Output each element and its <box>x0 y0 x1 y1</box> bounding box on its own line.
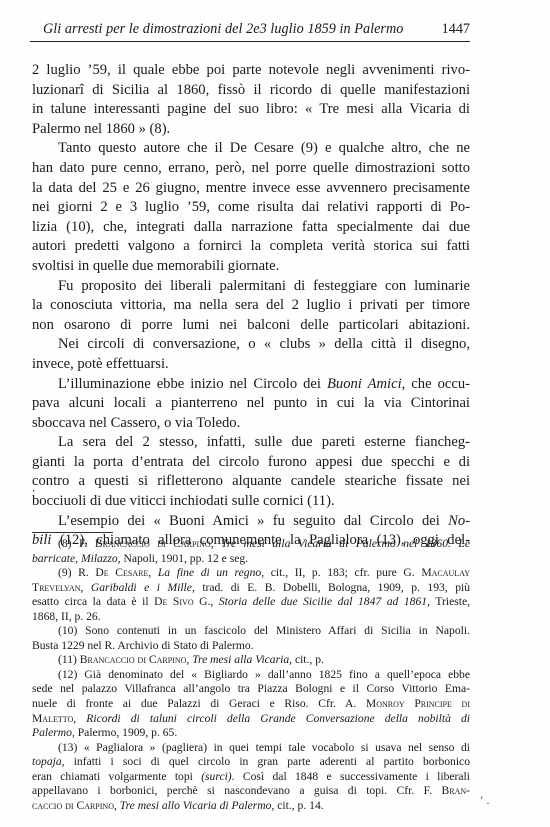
author-name: Trevelyan <box>32 581 81 594</box>
club-name-buoni-amici: Buoni Amici <box>327 376 402 392</box>
term: (surci) <box>201 770 231 783</box>
text-line: sboccava nel Cassero, o via Toledo. <box>32 414 470 434</box>
text-segment: (8) F. <box>58 537 95 550</box>
text-line: Nei circoli di conversazione, o « clubs … <box>32 335 470 355</box>
footnote-12-cont: Maletto, Ricordi di taluni circoli della… <box>32 712 470 727</box>
footnote-separator <box>32 532 113 533</box>
text-segment: , cit., p. <box>289 653 324 666</box>
author-name: Brancaccio di Carpino <box>80 653 187 666</box>
running-head: Gli arresti per le dimostrazioni del 2e3… <box>32 19 470 39</box>
scan-artifact-mark: ’ . <box>480 796 490 807</box>
text-line: luzionarî di Sicilia al 1860, fissò il r… <box>32 81 470 101</box>
scan-artifact-mark: ‘ <box>32 489 35 500</box>
page-number: 1447 <box>442 19 470 39</box>
book-title: Tre mesi allo Vicaria di Palermo <box>120 799 272 812</box>
text-line: 2 luglio ’59, il quale ebbe poi parte no… <box>32 61 470 81</box>
book-title: Storia delle due Sicilie dal 1847 ad 186… <box>219 595 427 608</box>
text-segment: , cit., II, p. 183; cfr. pure G. <box>261 566 421 579</box>
book-title: barricate, Milazzo, <box>32 552 121 565</box>
text-line: invece, potè effettuarsi. <box>32 355 470 375</box>
text-line: la data del 25 e 26 giugno, mentre invec… <box>32 179 470 199</box>
book-title: Tre mesi alla Vicaria <box>192 653 289 666</box>
text-line: Fu proposito dei liberali palermitani di… <box>32 277 470 297</box>
text-line: non osarono di porre lumi nei balconi de… <box>32 316 470 336</box>
text-segment: , infatti i soci di quel circolo in gran… <box>62 755 470 768</box>
footnote-13: (13) « Paglialora » (pagliera) in quei t… <box>32 741 470 756</box>
book-title: La fine di un regno <box>158 566 261 579</box>
text-segment: esatto circa la data è il <box>32 595 154 608</box>
author-name: Macaulay <box>421 566 470 579</box>
text-line: Palermo nel 1860 » (8). <box>32 120 470 140</box>
text-segment: (11) <box>58 653 80 666</box>
text-line: in talune interessanti pagine del suo li… <box>32 100 470 120</box>
text-segment: , <box>73 712 86 725</box>
footnote-10-cont: Busta 1229 nel R. Archivio di Stato di P… <box>32 639 470 654</box>
text-line: la conosciuta vittoria, ma nella sera de… <box>32 296 470 316</box>
footnote-13-cont: caccio di Carpino, Tre mesi allo Vicaria… <box>32 799 470 814</box>
footnote-13-cont: appellavano i borbonici, perchè si nasco… <box>32 784 470 799</box>
running-title: Gli arresti per le dimostrazioni del 2e3… <box>43 19 403 39</box>
footnote-9: (9) R. De Cesare, La fine di un regno, c… <box>32 566 470 581</box>
term: topaja <box>32 755 62 768</box>
text-segment: nuele di fronte ai due Palazzi di Geraci… <box>32 697 366 710</box>
author-name: Bran- <box>442 784 470 797</box>
author-name: Maletto <box>32 712 73 725</box>
text-segment: , Palermo, 1909, p. 65. <box>72 726 177 739</box>
text-line: L’illuminazione ebbe inizio nel Circolo … <box>32 375 470 395</box>
text-line: gianti la porta d’entrata del circolo fu… <box>32 453 470 473</box>
text-segment: , Trieste, <box>427 595 470 608</box>
text-line: contro a questi si rifletterono alquante… <box>32 472 470 492</box>
text-segment: , cit., p. 14. <box>271 799 323 812</box>
club-name-nobili: No- <box>448 513 470 529</box>
text-segment: G., <box>194 595 219 608</box>
text-segment: L’esempio dei « Buoni Amici » fu seguito… <box>58 513 448 529</box>
text-line: pava alcuni locali a pianterreno nel pun… <box>32 394 470 414</box>
text-segment: L’illuminazione ebbe inizio nel Circolo … <box>58 376 327 392</box>
text-segment: , trad. di E. B. Dobelli, Bologna, 1909,… <box>192 581 470 594</box>
text-segment: (9) R. <box>58 566 95 579</box>
text-segment: , <box>211 537 221 550</box>
footnote-12-cont: sede nel palazzo Villafranca all’angolo … <box>32 682 470 697</box>
footnote-13-cont: eran chiamati volgarmente topi (surci). … <box>32 770 470 785</box>
book-title: Garibaldi e i Mille <box>91 581 192 594</box>
book-title: Ricordi di taluni circoli della Grande C… <box>86 712 470 725</box>
text-segment: , <box>81 581 91 594</box>
footnote-12-cont: Palermo, Palermo, 1909, p. 65. <box>32 726 470 741</box>
author-name: Monroy Principe di <box>366 697 470 710</box>
text-line: L’esempio dei « Buoni Amici » fu seguito… <box>32 512 470 532</box>
text-line: bocciuoli di due viticci inchiodati sull… <box>32 492 470 512</box>
footnote-9-cont: Trevelyan, Garibaldi e i Mille, trad. di… <box>32 581 470 596</box>
footnote-9-cont: esatto circa la data è il De Sivo G., St… <box>32 595 470 610</box>
text-segment: Napoli, 1901, pp. 12 e seg. <box>121 552 249 565</box>
footnotes: (8) F. Brancaccio di Carpino, Tre mesi a… <box>32 537 470 813</box>
footnote-13-cont: topaja, infatti i soci di quel circolo i… <box>32 755 470 770</box>
footnote-10: (10) Sono contenuti in un fascicolo del … <box>32 624 470 639</box>
author-name: De Cesare <box>95 566 148 579</box>
text-line: han dato pure cenno, errano, però, nel p… <box>32 159 470 179</box>
footnote-12: (12) Già denominato del « Bigliardo » da… <box>32 668 470 683</box>
text-segment: , <box>148 566 158 579</box>
text-segment: . Così dal 1848 e successivamente i libe… <box>232 770 470 783</box>
book-title: Palermo <box>32 726 72 739</box>
footnote-9-cont: 1868, II, p. 26. <box>32 610 470 625</box>
text-line: La sera del 2 stesso, infatti, sulle due… <box>32 433 470 453</box>
footnote-12-cont: nuele di fronte ai due Palazzi di Geraci… <box>32 697 470 712</box>
author-name: De Sivo <box>154 595 193 608</box>
text-line: Tanto questo autore che il De Cesare (9)… <box>32 139 470 159</box>
header-rule <box>30 41 470 42</box>
text-segment: , che occu- <box>402 376 470 392</box>
text-line: lizia (10), che, integrati dalla narrazi… <box>32 218 470 238</box>
main-text: 2 luglio ’59, il quale ebbe poi parte no… <box>32 61 470 551</box>
author-name: Brancaccio di Carpino <box>95 537 211 550</box>
text-line: autori predetti valgono a fornirci la co… <box>32 237 470 257</box>
text-line: svoltisi in quelle due memorabili giorna… <box>32 257 470 277</box>
footnote-11: (11) Brancaccio di Carpino, Tre mesi all… <box>32 653 470 668</box>
book-title: Tre mesi alla Vicaria di Palermo nel 186… <box>221 537 470 550</box>
scanned-book-page: Gli arresti per le dimostrazioni del 2e3… <box>0 0 550 827</box>
footnote-8-cont: barricate, Milazzo, Napoli, 1901, pp. 12… <box>32 552 470 567</box>
text-segment: appellavano i borbonici, perchè si nasco… <box>32 784 442 797</box>
text-segment: eran chiamati volgarmente topi <box>32 770 201 783</box>
footnote-8: (8) F. Brancaccio di Carpino, Tre mesi a… <box>32 537 470 552</box>
text-line: nei giorni 2 e 3 luglio ’59, come risult… <box>32 198 470 218</box>
author-name: caccio di Carpino <box>32 799 114 812</box>
